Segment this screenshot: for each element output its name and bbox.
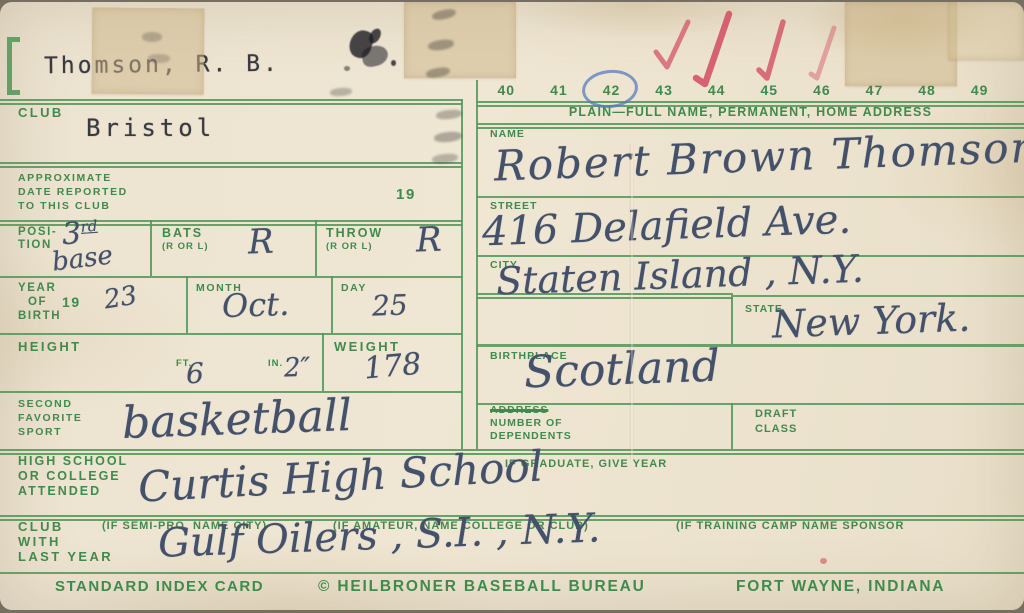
birth-day-label: DAY <box>341 282 367 294</box>
position-value-word: base <box>50 240 114 277</box>
dependents-label-line1: NUMBER OF <box>490 417 563 429</box>
footer-bureau: © HEILBRONER BASEBALL BUREAU <box>318 578 646 596</box>
birth-year-label-line2: OF <box>28 296 47 308</box>
bats-sublabel: (R OR L) <box>162 241 209 252</box>
club-value: Bristol <box>86 114 215 142</box>
training-camp-note: (IF TRAINING CAMP NAME SPONSOR <box>676 520 904 532</box>
date-reported-label-line1: APPROXIMATE <box>18 172 112 184</box>
name-label: NAME <box>490 128 525 140</box>
cell-divider <box>322 333 324 391</box>
last-club-label-line3: LAST YEAR <box>18 549 113 564</box>
ink-blot <box>344 66 350 71</box>
birth-year-value: 23 <box>102 281 139 316</box>
cell-divider <box>150 220 152 276</box>
cell-divider <box>731 295 733 344</box>
index-card: Thomson, R. B. 40 41 42 43 44 45 46 47 4… <box>0 2 1024 610</box>
cell-divider <box>731 403 733 449</box>
pencil-smudge <box>434 131 463 144</box>
weight-value: 178 <box>363 347 423 387</box>
year-number: 41 <box>550 82 568 98</box>
second-sport-label-line3: SPORT <box>18 426 62 438</box>
paper-crease <box>629 144 634 459</box>
throws-label: THROW <box>326 226 383 240</box>
year-number: 40 <box>498 82 516 98</box>
birth-year-label-line1: YEAR <box>18 282 56 294</box>
school-label-line1: HIGH SCHOOL <box>18 454 128 468</box>
position-label-line2: TION <box>18 239 52 251</box>
date-reported-year-prefix: 19 <box>396 186 416 203</box>
last-club-label-line1: CLUB <box>18 519 64 534</box>
year-number: 49 <box>971 82 989 98</box>
throws-value: R <box>415 220 442 261</box>
red-stain <box>820 558 827 564</box>
footer-card-type: STANDARD INDEX CARD <box>55 578 264 595</box>
birth-year-label-line3: BIRTH <box>18 310 61 322</box>
rule <box>477 196 1024 198</box>
footer-location: FORT WAYNE, INDIANA <box>736 578 945 596</box>
dependents-label-line2: DEPENDENTS <box>490 430 572 442</box>
pencil-smudge <box>142 32 162 42</box>
red-checkmark <box>811 28 834 78</box>
second-sport-label-line2: FAVORITE <box>18 412 83 424</box>
tape-residue <box>948 2 1024 60</box>
rule <box>477 403 1024 405</box>
rule <box>0 333 462 335</box>
section-title: PLAIN—FULL NAME, PERMANENT, HOME ADDRESS <box>477 105 1024 119</box>
position-label-line1: POSI- <box>18 226 57 238</box>
pencil-smudge <box>148 54 170 63</box>
bats-label: BATS <box>162 226 203 240</box>
throws-sublabel: (R OR L) <box>326 241 373 252</box>
draft-class-label-line2: CLASS <box>755 423 797 435</box>
rule <box>0 99 462 105</box>
school-label-line2: OR COLLEGE <box>18 469 121 483</box>
name-value: Robert Brown Thomson <box>493 122 1024 190</box>
cell-divider <box>315 220 317 276</box>
state-value: New York. <box>771 296 971 347</box>
column-divider <box>476 80 478 449</box>
birth-year-prefix: 19 <box>62 294 81 310</box>
birth-month-value: Oct. <box>221 285 289 325</box>
pencil-smudge <box>330 87 353 97</box>
date-reported-label-line3: TO THIS CLUB <box>18 200 111 212</box>
rule <box>0 572 1024 574</box>
second-sport-value: basketball <box>121 390 353 449</box>
index-bracket-icon <box>7 37 20 95</box>
position-ordinal-suffix: rd <box>80 217 98 236</box>
last-club-label-line2: WITH <box>18 534 61 549</box>
tape-residue <box>845 2 957 86</box>
date-reported-label-line2: DATE REPORTED <box>18 186 128 198</box>
ink-blot <box>391 60 396 66</box>
birth-day-value: 25 <box>371 288 408 322</box>
pencil-smudge <box>436 109 463 121</box>
red-checkmark <box>656 22 688 67</box>
height-ft-value: 6 <box>185 357 204 391</box>
rule <box>0 162 462 168</box>
draft-class-label-line1: DRAFT <box>755 408 797 420</box>
rule <box>0 276 462 278</box>
rule <box>0 391 462 393</box>
birthplace-value: Scotland <box>523 341 720 399</box>
height-in-value: 2″ <box>283 353 310 384</box>
club-label: CLUB <box>18 105 64 120</box>
red-checkmark <box>759 22 783 78</box>
bats-value: R <box>247 222 274 263</box>
column-divider <box>461 99 463 449</box>
school-label-line3: ATTENDED <box>18 484 101 498</box>
tape-residue <box>404 2 516 78</box>
tape-residue <box>92 8 205 95</box>
red-checkmark <box>696 14 729 84</box>
cell-divider <box>331 276 333 333</box>
height-label: HEIGHT <box>18 339 82 354</box>
second-sport-label-line1: SECOND <box>18 398 73 410</box>
red-checkmarks <box>640 4 860 96</box>
height-in-label: IN. <box>268 358 283 369</box>
address-struck-label: ADDRESS <box>490 404 548 416</box>
cell-divider <box>186 276 188 333</box>
rule <box>733 295 1024 297</box>
